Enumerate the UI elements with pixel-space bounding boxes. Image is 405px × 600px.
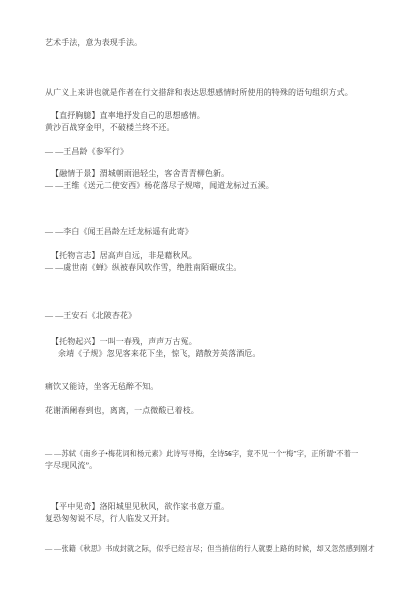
text-line: 艺术手法，意为表现手法。 <box>45 37 367 49</box>
paragraph: — —张籍《秋思》书成封就之际，似乎已经言尽；但当捎信的行人就要上路的时候，却又… <box>45 543 367 555</box>
paragraph: 【直抒胸臆】直率地抒发自己的思想感情。 黄沙百战穿金甲，不破楼兰终不还。 <box>45 110 367 134</box>
text-line: 痛饮又能诗，坐客无毡醉不知。 <box>45 381 367 393</box>
attribution-line: — —王昌龄《参军行》 <box>45 146 367 158</box>
text-line: 【融情于景】渭城朝雨浥轻尘，客舍青青柳色新。 <box>45 168 367 180</box>
paragraph: 【平中见奇】洛阳城里见秋风，欲作家书意万重。 复恐匆匆说不尽，行人临发又开封。 <box>45 501 367 525</box>
text-line: 【托物言志】居高声自远，非是藉秋风。 <box>45 250 367 262</box>
text-line: 黄沙百战穿金甲，不破楼兰终不还。 <box>45 122 367 134</box>
paragraph: 艺术手法，意为表现手法。 <box>45 37 367 49</box>
paragraph: 【融情于景】渭城朝雨浥轻尘，客舍青青柳色新。 — —王维《送元二使安西》杨花落尽… <box>45 168 367 192</box>
document-content: 艺术手法，意为表现手法。 从广义上来讲也就是作者在行文措辞和表达思想感情时所使用… <box>0 0 405 555</box>
paragraph: — —李白《闻王昌龄左迁龙标遥有此寄》 <box>45 226 367 238</box>
attribution-line: — —虞世南《蝉》纵被春风吹作雪，绝胜南陌碾成尘。 <box>45 262 367 274</box>
paragraph: — —王安石《北陂杏花》 <box>45 310 367 322</box>
char-count-number: 56 <box>224 450 231 458</box>
text-line: 字尽现风流”。 <box>45 460 367 472</box>
text-segment: 字，竟不见一个“梅”字，正所谓“不着一 <box>232 450 358 458</box>
attribution-line: — —张籍《秋思》书成封就之际，似乎已经言尽；但当捎信的行人就要上路的时候，却又… <box>45 543 367 555</box>
paragraph: 从广义上来讲也就是作者在行文措辞和表达思想感情时所使用的特殊的语句组织方式。 <box>45 87 367 99</box>
attribution-line: — —李白《闻王昌龄左迁龙标遥有此寄》 <box>45 226 367 238</box>
text-line: 【平中见奇】洛阳城里见秋风，欲作家书意万重。 <box>45 501 367 513</box>
attribution-line: — —王维《送元二使安西》杨花落尽子规啼，闻道龙标过五溪。 <box>45 180 367 192</box>
paragraph: 痛饮又能诗，坐客无毡醉不知。 <box>45 381 367 393</box>
attribution-line: — —王安石《北陂杏花》 <box>45 310 367 322</box>
text-line: 【直抒胸臆】直率地抒发自己的思想感情。 <box>45 110 367 122</box>
paragraph: 【托物起兴】一叫一春残，声声万古冤。 余靖《子规》忽见客来花下坐，惊飞，踏散芳英… <box>45 336 367 360</box>
document-page: 艺术手法，意为表现手法。 从广义上来讲也就是作者在行文措辞和表达思想感情时所使用… <box>0 0 405 600</box>
paragraph: — —苏轼《南乡子•梅花词和杨元素》此诗写寻梅，全诗56字，竟不见一个“梅”字，… <box>45 448 367 472</box>
paragraph: 【托物言志】居高声自远，非是藉秋风。 — —虞世南《蝉》纵被春风吹作雪，绝胜南陌… <box>45 250 367 274</box>
text-line: 花谢酒阑春到也，离离，一点微酸已着枝。 <box>45 405 367 417</box>
paragraph: 花谢酒阑春到也，离离，一点微酸已着枝。 <box>45 405 367 417</box>
attribution-line: — —苏轼《南乡子•梅花词和杨元素》此诗写寻梅，全诗56字，竟不见一个“梅”字，… <box>45 448 367 460</box>
text-line: 复恐匆匆说不尽，行人临发又开封。 <box>45 513 367 525</box>
text-line: 【托物起兴】一叫一春残，声声万古冤。 <box>45 336 367 348</box>
paragraph: — —王昌龄《参军行》 <box>45 146 367 158</box>
text-segment: — —苏轼《南乡子•梅花词和杨元素》此诗写寻梅，全诗 <box>45 450 224 458</box>
text-line: 余靖《子规》忽见客来花下坐，惊飞，踏散芳英落酒卮。 <box>45 348 367 360</box>
text-line: 从广义上来讲也就是作者在行文措辞和表达思想感情时所使用的特殊的语句组织方式。 <box>45 87 367 99</box>
